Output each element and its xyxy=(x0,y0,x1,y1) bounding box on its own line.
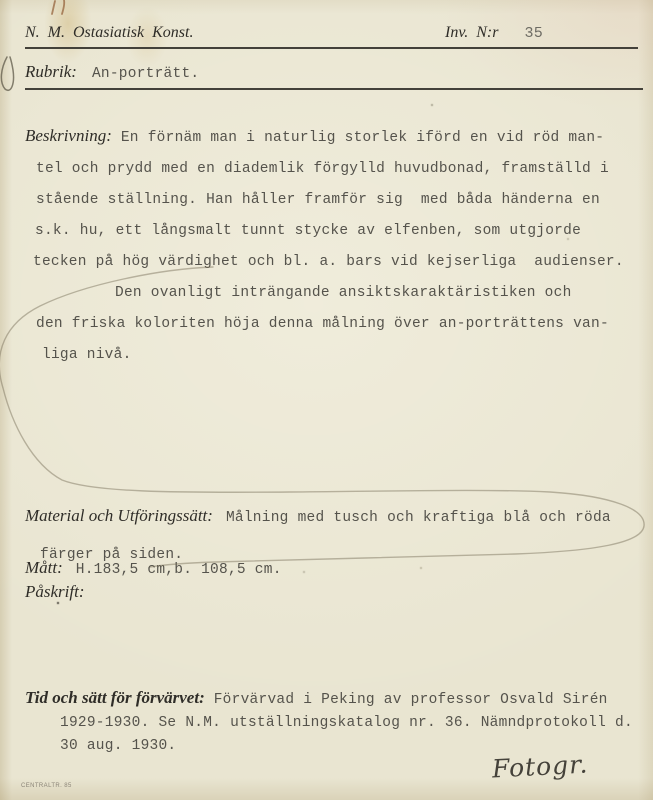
acquisition-label: Tid och sätt för förvärvet: xyxy=(25,688,205,707)
ink-stroke-2 xyxy=(62,0,64,14)
rubrik-value: An-porträtt. xyxy=(92,66,199,82)
handwritten-note: Fotogr. xyxy=(491,750,589,784)
inventory-field: Inv. N:r35 xyxy=(445,24,543,42)
material-first-line: Material och Utföringssätt:Målning med t… xyxy=(25,497,611,537)
inscription-label: Påskrift: xyxy=(25,582,85,601)
text-line: den friska koloriten höja denna målning … xyxy=(25,309,624,340)
dimensions-label: Mått: xyxy=(25,558,63,577)
rubrik-row: Rubrik:An-porträtt. xyxy=(25,62,199,82)
printer-mark: CENTRALTR. 85 xyxy=(21,783,72,789)
description-first-line: Beskrivning:En förnäm man i naturlig sto… xyxy=(25,120,624,154)
acquisition-first-line: Tid och sätt för förvärvet:Förvärvad i P… xyxy=(25,686,633,712)
material-text: Målning med tusch och kraftiga blå och r… xyxy=(226,510,611,526)
text-line: tel och prydd med en diademlik förgylld … xyxy=(25,154,624,185)
text-line: Den ovanligt inträngande ansiktskaraktär… xyxy=(25,278,624,309)
inventory-number-label: Inv. N:r xyxy=(445,24,498,41)
card-header: N. M. Ostasiatisk Konst. Inv. N:r35 xyxy=(25,24,640,42)
text-line: s.k. hu, ett långsmalt tunnt stycke av e… xyxy=(25,216,624,247)
text-line: liga nivå. xyxy=(25,340,624,371)
inventory-number: 35 xyxy=(524,25,543,42)
ink-stroke-1 xyxy=(52,1,55,14)
material-label: Material och Utföringssätt: xyxy=(25,506,213,525)
rubrik-label: Rubrik: xyxy=(25,62,77,81)
paper-speckles xyxy=(0,0,2,2)
inscription-row: Påskrift: xyxy=(25,582,85,602)
description-lines: tel och prydd med en diademlik förgylld … xyxy=(25,154,624,371)
pencil-bracket-mark xyxy=(1,57,13,90)
description-label: Beskrivning: xyxy=(25,126,112,145)
description-text: En förnäm man i naturlig storlek iförd e… xyxy=(121,130,604,146)
dimensions-row: Mått:H.183,5 cm,b. 108,5 cm. xyxy=(25,558,282,578)
divider-line-top xyxy=(25,47,638,49)
acquisition-section: Tid och sätt för förvärvet:Förvärvad i P… xyxy=(25,686,633,758)
acquisition-text: Förvärvad i Peking av professor Osvald S… xyxy=(214,692,608,708)
description-section: Beskrivning:En förnäm man i naturlig sto… xyxy=(25,120,624,371)
archive-catalog-card: N. M. Ostasiatisk Konst. Inv. N:r35 Rubr… xyxy=(0,0,653,800)
text-line: stående ställning. Han håller framför si… xyxy=(25,185,624,216)
divider-line-rubrik xyxy=(25,88,643,90)
text-line: 1929-1930. Se N.M. utställningskatalog n… xyxy=(25,712,633,735)
collection-title: N. M. Ostasiatisk Konst. xyxy=(25,24,193,41)
text-line: tecken på hög värdighet och bl. a. bars … xyxy=(25,247,624,278)
dimensions-value: H.183,5 cm,b. 108,5 cm. xyxy=(76,562,282,578)
